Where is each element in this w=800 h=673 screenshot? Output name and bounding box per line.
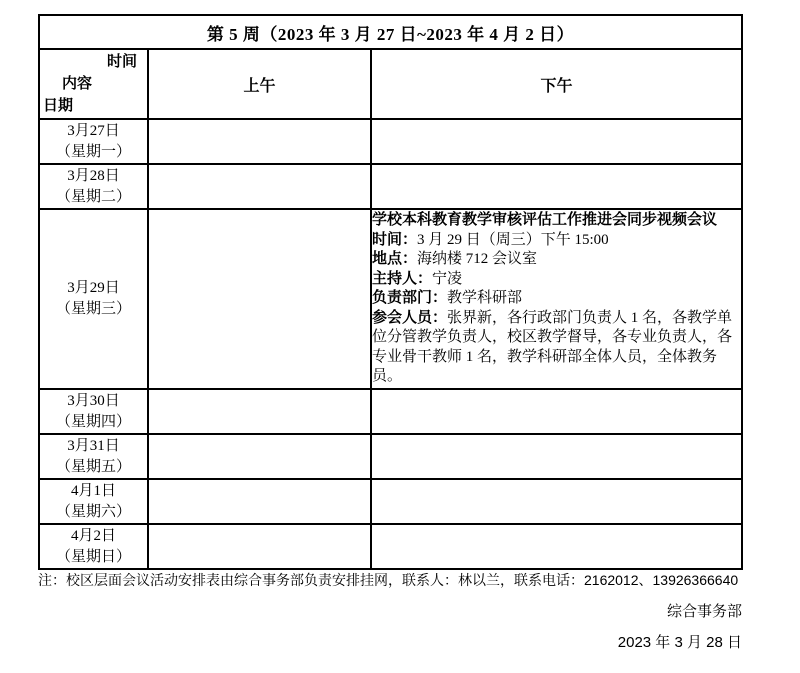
date-cell: 3月28日 （星期二） [39, 164, 148, 209]
meeting-field-value: 3 月 29 日（周三）下午 15:00 [417, 232, 609, 248]
meeting-field-location: 地点：海纳楼 712 会议室 [372, 250, 741, 270]
morning-cell [148, 434, 371, 479]
morning-cell [148, 389, 371, 434]
corner-label-date: 日期 [40, 95, 147, 117]
schedule-row-tue: 3月28日 （星期二） [39, 164, 742, 209]
schedule-row-mon: 3月27日 （星期一） [39, 119, 742, 164]
date-cell: 3月31日 （星期五） [39, 434, 148, 479]
afternoon-cell [371, 164, 742, 209]
morning-cell [148, 209, 371, 389]
meeting-title: 学校本科教育教学审核评估工作推进会同步视频会议 [372, 211, 741, 231]
corner-label-time: 时间 [40, 51, 147, 73]
afternoon-cell [371, 119, 742, 164]
week-title: 第 5 周（2023 年 3 月 27 日~2023 年 4 月 2 日） [39, 15, 742, 49]
meeting-field-label: 时间： [372, 232, 417, 248]
meeting-field-time: 时间：3 月 29 日（周三）下午 15:00 [372, 231, 741, 251]
document-page: 第 5 周（2023 年 3 月 27 日~2023 年 4 月 2 日） 时间… [0, 0, 800, 673]
schedule-row-wed: 3月29日 （星期三） 学校本科教育教学审核评估工作推进会同步视频会议 时间：3… [39, 209, 742, 389]
meeting-field-value: 海纳楼 712 会议室 [417, 251, 537, 267]
afternoon-cell-meeting: 学校本科教育教学审核评估工作推进会同步视频会议 时间：3 月 29 日（周三）下… [371, 209, 742, 389]
date-cell: 3月29日 （星期三） [39, 209, 148, 389]
meeting-field-host: 主持人：宁凌 [372, 270, 741, 290]
meeting-field-label: 主持人： [372, 271, 432, 287]
morning-cell [148, 524, 371, 569]
signature-department: 综合事务部 [618, 596, 742, 627]
column-header-afternoon: 下午 [371, 49, 742, 119]
header-row: 时间 内容 日期 上午 下午 [39, 49, 742, 119]
weekly-schedule-table: 第 5 周（2023 年 3 月 27 日~2023 年 4 月 2 日） 时间… [38, 14, 743, 570]
corner-label-content: 内容 [40, 73, 147, 95]
signature-date: 2023 年 3 月 28 日 [618, 627, 742, 658]
afternoon-cell [371, 389, 742, 434]
afternoon-cell [371, 524, 742, 569]
meeting-field-value: 教学科研部 [447, 290, 522, 306]
morning-cell [148, 164, 371, 209]
meeting-field-label: 地点： [372, 251, 417, 267]
signature-block: 综合事务部 2023 年 3 月 28 日 [618, 596, 742, 658]
date-cell: 3月27日 （星期一） [39, 119, 148, 164]
footnote: 注：校区层面会议活动安排表由综合事务部负责安排挂网，联系人：林以兰，联系电话：2… [38, 571, 768, 589]
corner-header-cell: 时间 内容 日期 [39, 49, 148, 119]
schedule-row-sat: 4月1日 （星期六） [39, 479, 742, 524]
meeting-field-attendees: 参会人员：张界新，各行政部门负责人 1 名，各教学单位分管教学负责人，校区教学督… [372, 309, 741, 387]
column-header-morning: 上午 [148, 49, 371, 119]
meeting-field-department: 负责部门：教学科研部 [372, 289, 741, 309]
date-cell: 4月1日 （星期六） [39, 479, 148, 524]
corner-label-stack: 时间 内容 日期 [40, 51, 147, 117]
schedule-row-sun: 4月2日 （星期日） [39, 524, 742, 569]
schedule-row-thu: 3月30日 （星期四） [39, 389, 742, 434]
title-row: 第 5 周（2023 年 3 月 27 日~2023 年 4 月 2 日） [39, 15, 742, 49]
date-cell: 4月2日 （星期日） [39, 524, 148, 569]
date-cell: 3月30日 （星期四） [39, 389, 148, 434]
meeting-field-label: 参会人员： [372, 310, 447, 326]
afternoon-cell [371, 434, 742, 479]
afternoon-cell [371, 479, 742, 524]
schedule-row-fri: 3月31日 （星期五） [39, 434, 742, 479]
morning-cell [148, 479, 371, 524]
meeting-field-label: 负责部门： [372, 290, 447, 306]
meeting-field-value: 宁凌 [432, 271, 462, 287]
morning-cell [148, 119, 371, 164]
